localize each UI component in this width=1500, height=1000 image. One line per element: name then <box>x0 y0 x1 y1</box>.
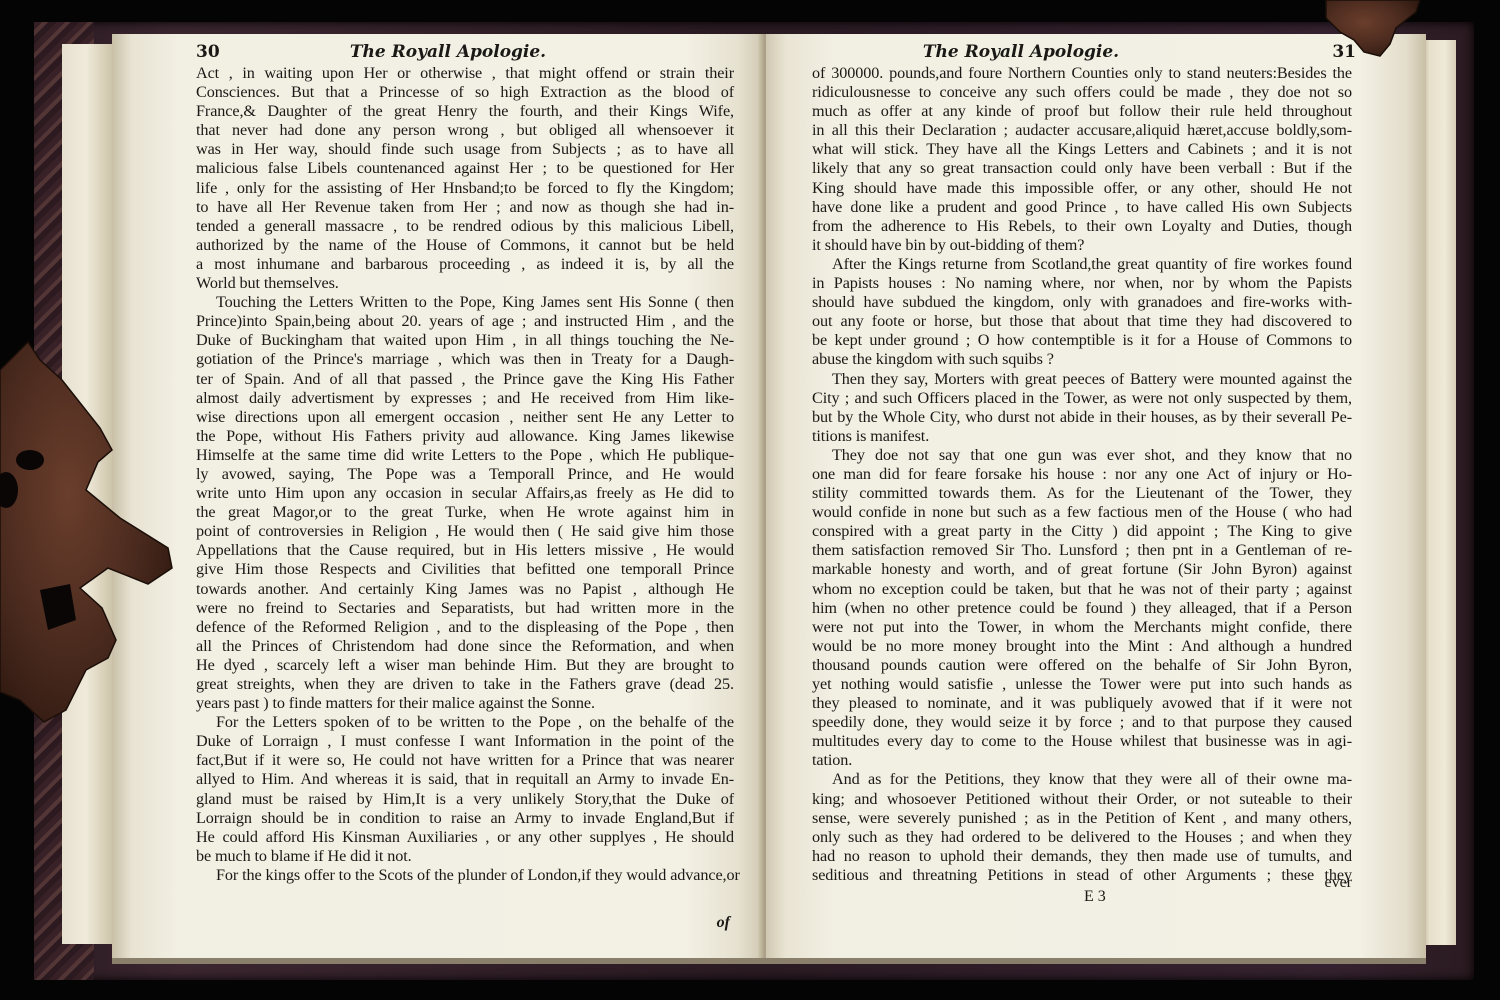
text-line: would be no more money brought into the … <box>812 637 1352 656</box>
right-page: The Royall Apologie. 31 of 300000. pound… <box>766 34 1426 962</box>
text-line: all the Princes of Christendom had done … <box>196 637 734 656</box>
text-line: but by the Whole City, who durst not abi… <box>812 408 1352 427</box>
text-line: tation. <box>812 751 1352 770</box>
text-line: Touching the Letters Written to the Pope… <box>196 293 734 312</box>
text-line: gland must be raised by Him,It is a very… <box>196 790 734 809</box>
text-line: fact,But if it were so, He could not hav… <box>196 751 734 770</box>
text-line: conspired with a great party in the Citt… <box>812 522 1352 541</box>
text-line: King should have made this impossible of… <box>812 179 1352 198</box>
text-line: be kept under ground ; O how contemptibl… <box>812 331 1352 350</box>
text-line: authorized by the name of the House of C… <box>196 236 734 255</box>
text-line: had no reason to uphold their demands, t… <box>812 847 1352 866</box>
text-line: what will stick. They have all the Kings… <box>812 140 1352 159</box>
text-line: gotiation of the Prince's marriage , whi… <box>196 350 734 369</box>
text-line: they pleased to nominate, and it was pub… <box>812 694 1352 713</box>
text-line: malicious false Libels countenanced agai… <box>196 159 734 178</box>
text-line: were not put into the Tower, in whom the… <box>812 618 1352 637</box>
text-line: seditious and threatning Petitions in st… <box>812 866 1352 885</box>
text-line: from the adherence to His Rebels, to the… <box>812 217 1352 236</box>
text-line: the Pope, without His Fathers privity au… <box>196 427 734 446</box>
text-line: life , only for the assisting of Her Hns… <box>196 179 734 198</box>
running-title-right: The Royall Apologie. <box>616 42 1426 62</box>
catchword-left: of <box>717 914 730 932</box>
text-line: to have all Her Revenue taken from Her ;… <box>196 198 734 217</box>
text-line: would confide in none but such as a few … <box>812 503 1352 522</box>
text-line: And as for the Petitions, they know that… <box>812 770 1352 789</box>
text-line: much as offer at any kinde of proof but … <box>812 102 1352 121</box>
text-line: titions is manifest. <box>812 427 1352 446</box>
text-line: point of controversies in Religion , He … <box>196 522 734 541</box>
text-line: allyed to Him. And whereas it is said, t… <box>196 770 734 789</box>
text-line: speedily done, they would seize it by fo… <box>812 713 1352 732</box>
catchword-right: ever <box>1324 874 1352 892</box>
text-line: World but themselves. <box>196 274 734 293</box>
text-line: Consciences. But that a Princesse of so … <box>196 83 734 102</box>
book-bottom-edge <box>112 958 1426 964</box>
text-line: He could afford His Kinsman Auxiliaries … <box>196 828 734 847</box>
text-line: markable honesty and worth, and of great… <box>812 560 1352 579</box>
text-line: City ; and such Officers placed in the T… <box>812 389 1352 408</box>
text-line: multitudes every day to come to the Hous… <box>812 732 1352 751</box>
text-line: be much to blame if He did it not. <box>196 847 734 866</box>
signature-mark: E 3 <box>1084 888 1106 906</box>
text-line: have done like a prudent and good Prince… <box>812 198 1352 217</box>
text-line: tended a generall massacre , to be rendr… <box>196 217 734 236</box>
text-line: ridiculousnesse to conceive any such off… <box>812 83 1352 102</box>
text-line: yet nothing would satisfie , unlesse the… <box>812 675 1352 694</box>
text-line: in all this their Declaration ; audacter… <box>812 121 1352 140</box>
text-line: wise directions upon all emergent occasi… <box>196 408 734 427</box>
text-line: abuse the kingdom with such squibs ? <box>812 350 1352 369</box>
text-line: them satisfaction removed Sir Tho. Lunsf… <box>812 541 1352 560</box>
text-line: king; and whosoever Petitioned without t… <box>812 790 1352 809</box>
text-line: Then they say, Morters with great peeces… <box>812 370 1352 389</box>
text-line: of 300000. pounds,and foure Northern Cou… <box>812 64 1352 83</box>
text-line: should have subdued the kingdom, only wi… <box>812 293 1352 312</box>
text-line: great streights, when they are driven to… <box>196 675 734 694</box>
text-line: in Papists houses : No naming where, nor… <box>812 274 1352 293</box>
text-line: only such as they had ordered to be deli… <box>812 828 1352 847</box>
text-line: They doe not say that one gun was ever s… <box>812 446 1352 465</box>
text-line: a most inhumane and barbarous proceeding… <box>196 255 734 274</box>
text-line: France,& Daughter of the great Henry the… <box>196 102 734 121</box>
text-line: Lorraign should be in condition to raise… <box>196 809 734 828</box>
text-line: He dyed , scarcely left a wiser man behi… <box>196 656 734 675</box>
text-line: that never had done any person wrong , b… <box>196 121 734 140</box>
text-line: ter of Spain. And of all that passed , t… <box>196 370 734 389</box>
right-page-text: of 300000. pounds,and foure Northern Cou… <box>812 64 1352 885</box>
text-line: Duke of Lorraign , I must confesse I wan… <box>196 732 734 751</box>
text-line: towards another. And certainly King Jame… <box>196 580 734 599</box>
text-line: likely that any so great transaction cou… <box>812 159 1352 178</box>
text-line: Appellations that the Cause required, bu… <box>196 541 734 560</box>
metal-clasp-left-icon <box>0 340 180 730</box>
text-line: write unto Him upon any occasion in secu… <box>196 484 734 503</box>
text-line: sense, were severely punished ; as in th… <box>812 809 1352 828</box>
text-line: were no freind to Sectaries and Separati… <box>196 599 734 618</box>
text-line: out any foote or horse, but those that a… <box>812 312 1352 331</box>
text-line: Duke of Buckingham that waited upon Him … <box>196 331 734 350</box>
text-line: ly avowed, saying, The Pope was a Tempor… <box>196 465 734 484</box>
text-line: give Him those Respects and Civilities t… <box>196 560 734 579</box>
text-line: For the Letters spoken of to be written … <box>196 713 734 732</box>
text-line: whom no exception could be taken, but th… <box>812 580 1352 599</box>
text-line: was in Her way, should finde such usage … <box>196 140 734 159</box>
text-line: him (when no other pretence could be fou… <box>812 599 1352 618</box>
metal-clasp-top-icon <box>1320 0 1420 58</box>
text-line: Act , in waiting upon Her or otherwise ,… <box>196 64 734 83</box>
left-page: 30 The Royall Apologie. Act , in waiting… <box>112 34 764 962</box>
text-line: one man did for feare forsake his house … <box>812 465 1352 484</box>
text-line: stility committed towards them. As for t… <box>812 484 1352 503</box>
left-page-text: Act , in waiting upon Her or otherwise ,… <box>196 64 734 885</box>
text-line: After the Kings returne from Scotland,th… <box>812 255 1352 274</box>
text-line: Prince)into Spain,being about 20. years … <box>196 312 734 331</box>
text-line: almost daily advertisment by expresses ;… <box>196 389 734 408</box>
text-line: the great Magor,or to the great Turke, w… <box>196 503 734 522</box>
text-line: defence of the Reformed Religion , and t… <box>196 618 734 637</box>
text-line: thousand pounds caution were offered on … <box>812 656 1352 675</box>
text-line: it should have bin by out-bidding of the… <box>812 236 1352 255</box>
text-line: Himselfe at the same time did write Lett… <box>196 446 734 465</box>
text-line: For the kings offer to the Scots of the … <box>196 866 734 885</box>
text-line: years past ) to finde matters for their … <box>196 694 734 713</box>
